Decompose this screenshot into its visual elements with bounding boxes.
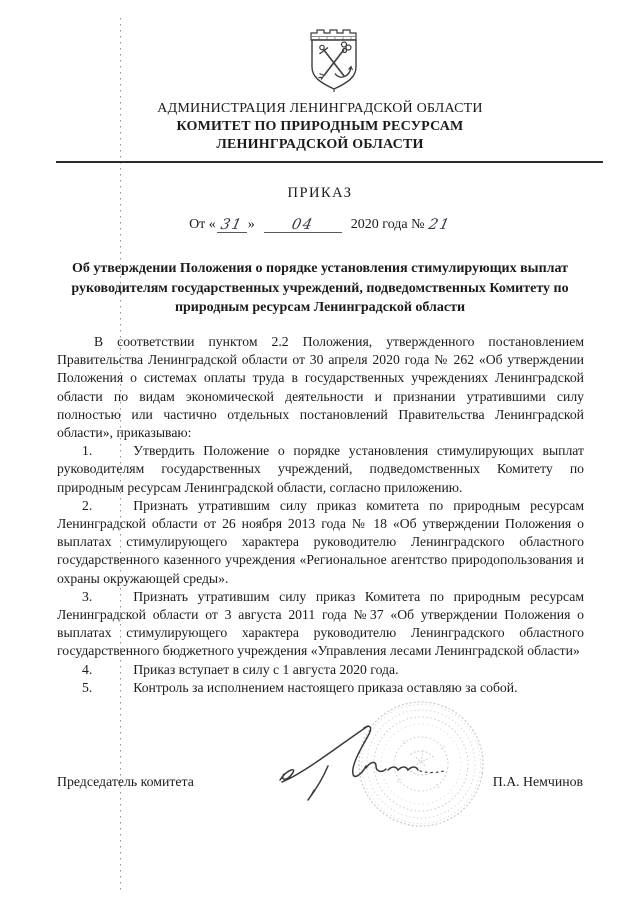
org-name-line1: АДМИНИСТРАЦИЯ ЛЕНИНГРАДСКОЙ ОБЛАСТИ [0, 101, 640, 117]
handwritten-month-slot: 04 [264, 217, 342, 233]
item-text: Признать утратившим силу приказ Комитета… [57, 589, 584, 659]
handwritten-signature-icon [276, 722, 448, 810]
intro-paragraph: В соответствии пунктом 2.2 Положения, ут… [57, 333, 584, 442]
item-text: Приказ вступает в силу с 1 августа 2020 … [133, 662, 398, 677]
signer-position-label: Председатель комитета [57, 774, 194, 790]
item-number: 3. [82, 589, 92, 604]
item-text: Утвердить Положение о порядке установлен… [57, 443, 584, 494]
item-number: 5. [82, 680, 92, 695]
handwritten-day-slot: 31 [217, 217, 247, 233]
order-item-2: 2.Признать утратившим силу приказ комите… [57, 497, 584, 588]
order-body: В соответствии пунктом 2.2 Положения, ут… [57, 333, 584, 697]
handwritten-month: 04 [290, 218, 315, 233]
date-prefix: От « [189, 217, 216, 232]
leningrad-oblast-coat-of-arms-icon [308, 27, 360, 93]
date-year-label: 2020 года № [351, 217, 425, 232]
date-and-number-line: От «31»042020 года №21 [0, 216, 640, 233]
document-type-title: ПРИКАЗ [0, 185, 640, 202]
item-text: Контроль за исполнением настоящего прика… [133, 680, 517, 695]
item-number: 1. [82, 443, 92, 458]
order-title: Об утверждении Положения о порядке устан… [57, 259, 583, 318]
item-number: 2. [82, 498, 92, 513]
item-text: Признать утратившим силу приказ комитета… [57, 498, 584, 586]
order-item-5: 5.Контроль за исполнением настоящего при… [57, 679, 584, 697]
handwritten-day: 31 [219, 218, 244, 233]
handwritten-order-number: 21 [428, 217, 453, 233]
org-name-line3: ЛЕНИНГРАДСКОЙ ОБЛАСТИ [0, 137, 640, 153]
signer-name-label: П.А. Немчинов [493, 774, 583, 790]
order-item-1: 1.Утвердить Положение о порядке установл… [57, 442, 584, 497]
order-item-3: 3.Признать утратившим силу приказ Комите… [57, 588, 584, 661]
order-item-4: 4.Приказ вступает в силу с 1 августа 202… [57, 661, 584, 679]
letterhead-divider-line [56, 161, 603, 163]
scanned-order-document: АДМИНИСТРАЦИЯ ЛЕНИНГРАДСКОЙ ОБЛАСТИ КОМИ… [0, 0, 640, 905]
item-number: 4. [82, 662, 92, 677]
org-name-line2: КОМИТЕТ ПО ПРИРОДНЫМ РЕСУРСАМ [0, 119, 640, 135]
date-close-quote: » [248, 217, 255, 232]
